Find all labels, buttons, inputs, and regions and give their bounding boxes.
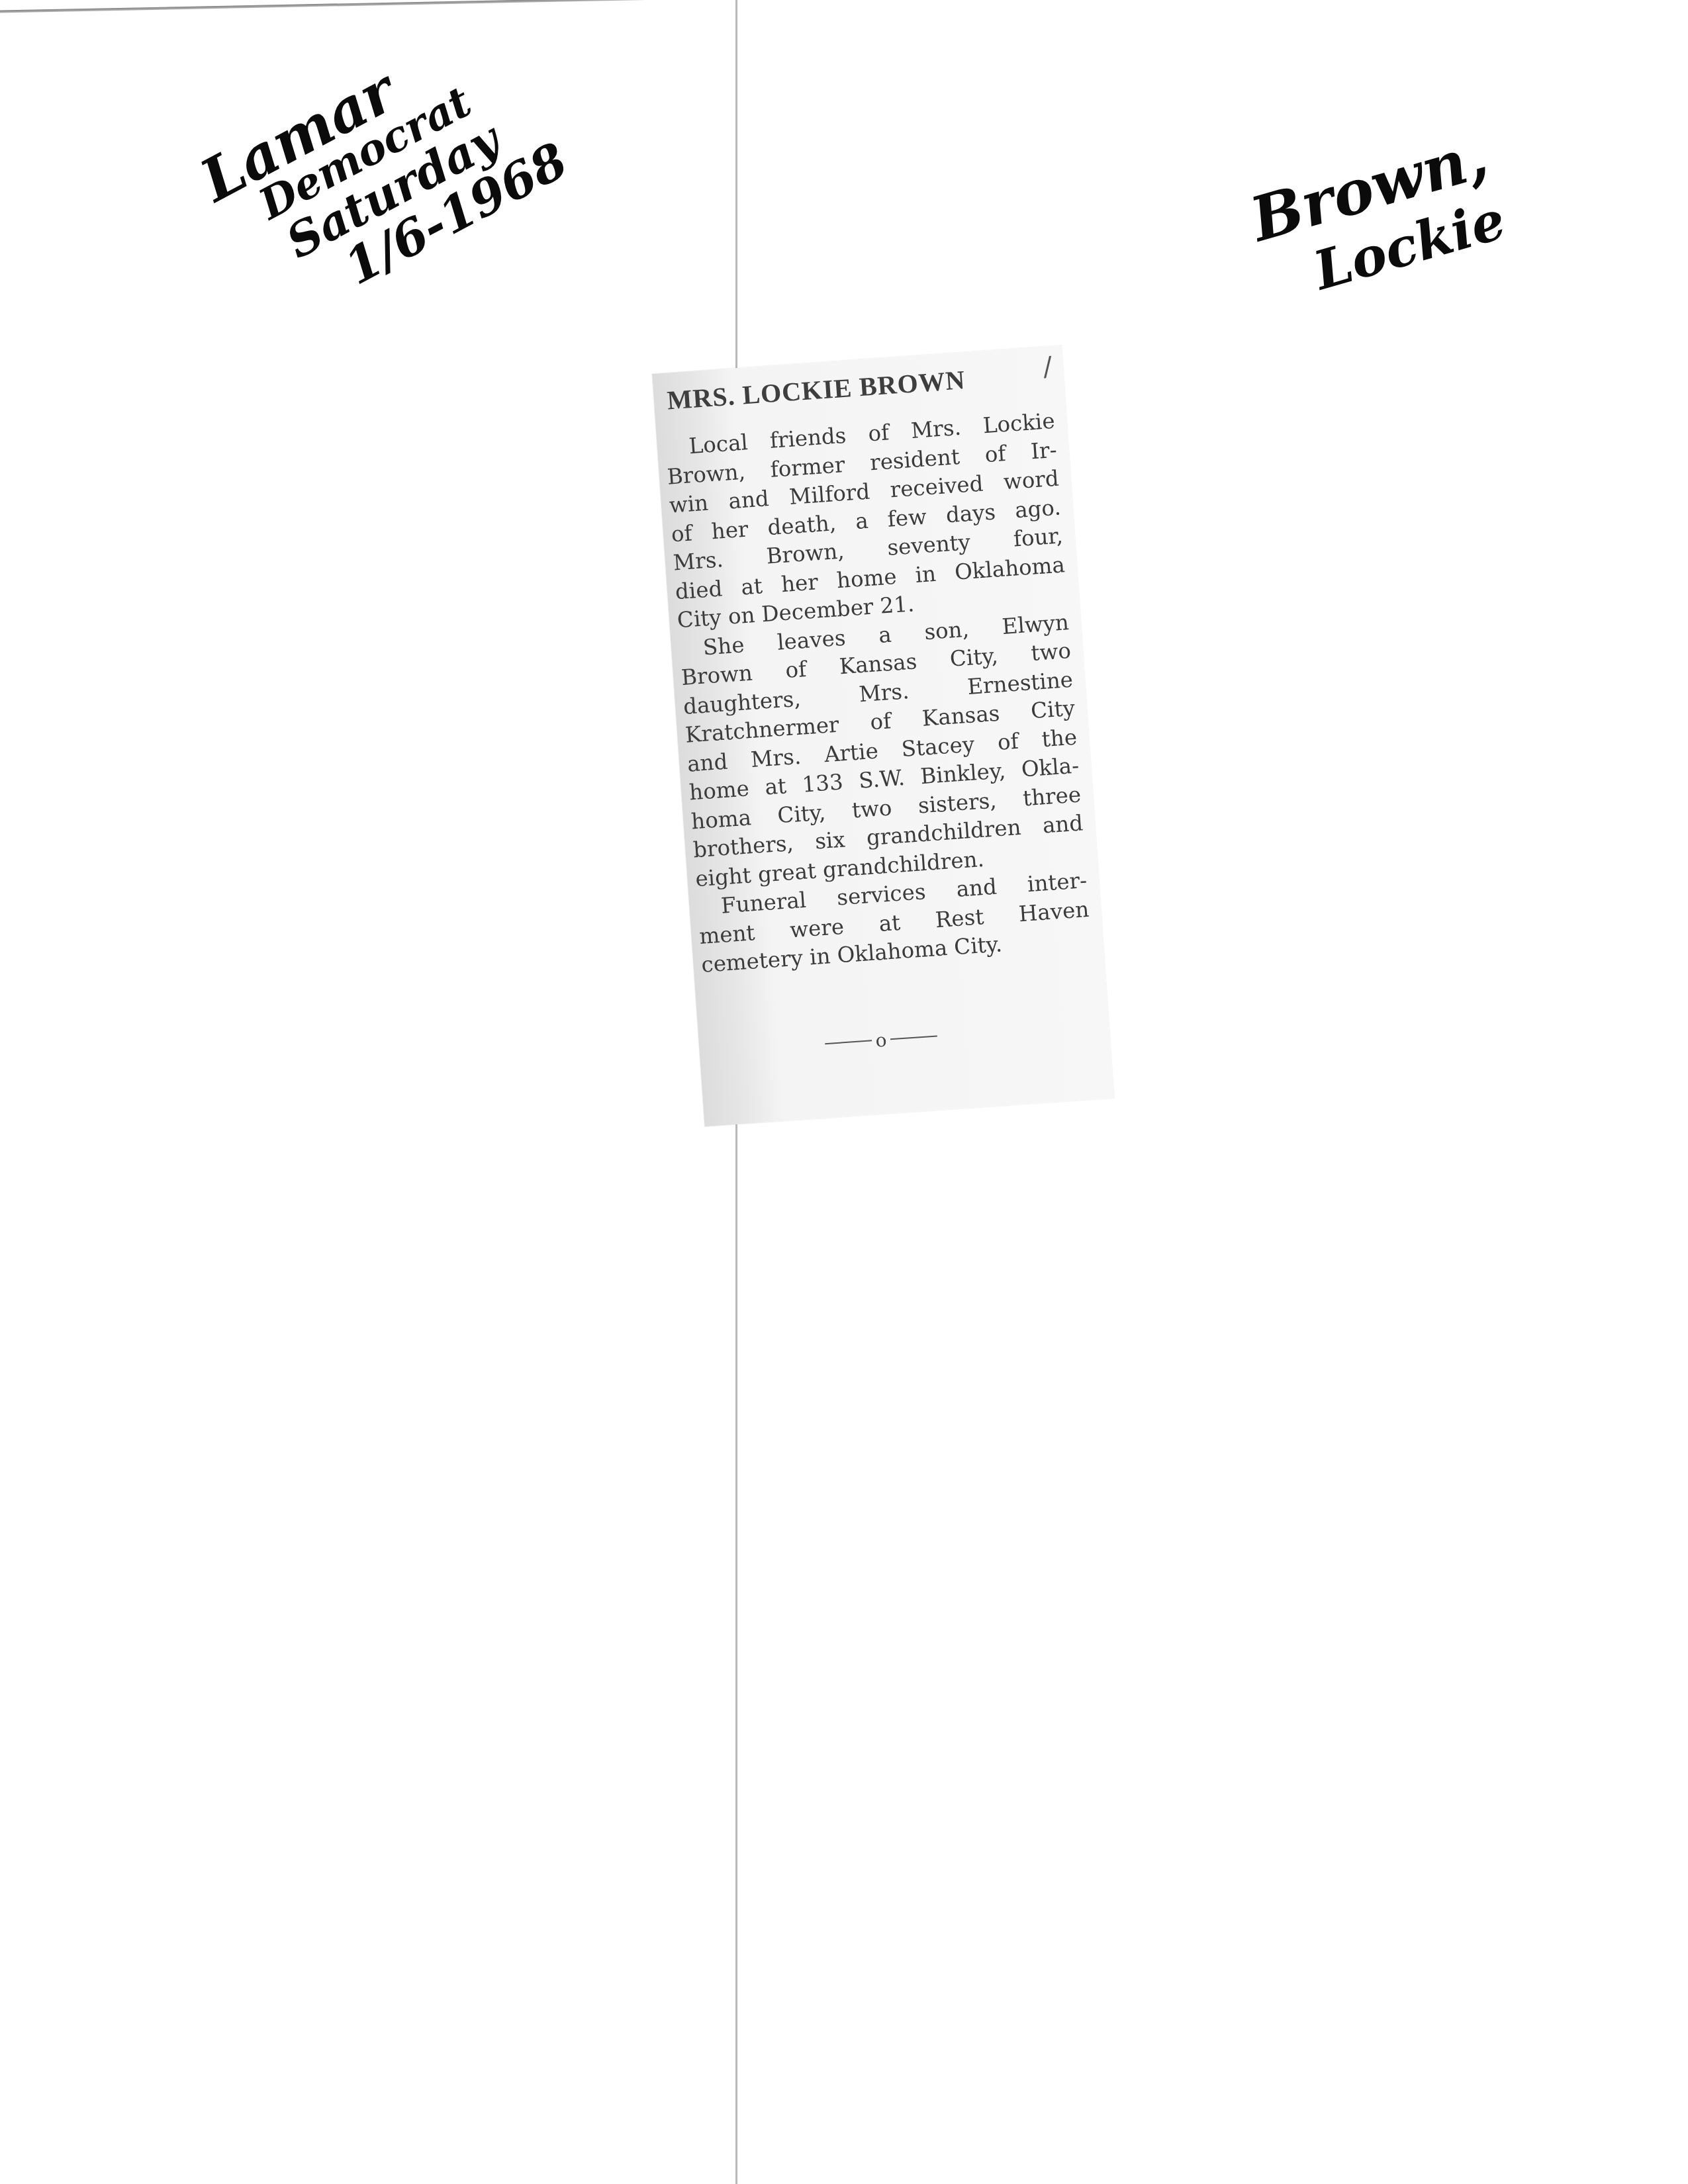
scan-edge-shadow (0, 0, 662, 13)
rule-segment-right (890, 1035, 937, 1040)
newspaper-clipping: MRS. LOCKIE BROWN / Local friends of Mrs… (652, 345, 1114, 1126)
scanned-page: Lamar Democrat Saturday 1/6-1968 Brown, … (0, 0, 1688, 2184)
end-of-article-rule: o (824, 1023, 938, 1057)
clipping-corner-mark: / (1042, 351, 1053, 383)
obituary-headline: MRS. LOCKIE BROWN (666, 364, 966, 416)
handwritten-source-note: Lamar Democrat Saturday 1/6-1968 (192, 5, 575, 333)
obituary-body: Local friends of Mrs. Lockie Brown, form… (664, 407, 1092, 980)
handwritten-name-note: Brown, Lockie (1244, 125, 1511, 310)
rule-segment-left (825, 1040, 872, 1044)
rule-center-mark: o (874, 1028, 887, 1051)
